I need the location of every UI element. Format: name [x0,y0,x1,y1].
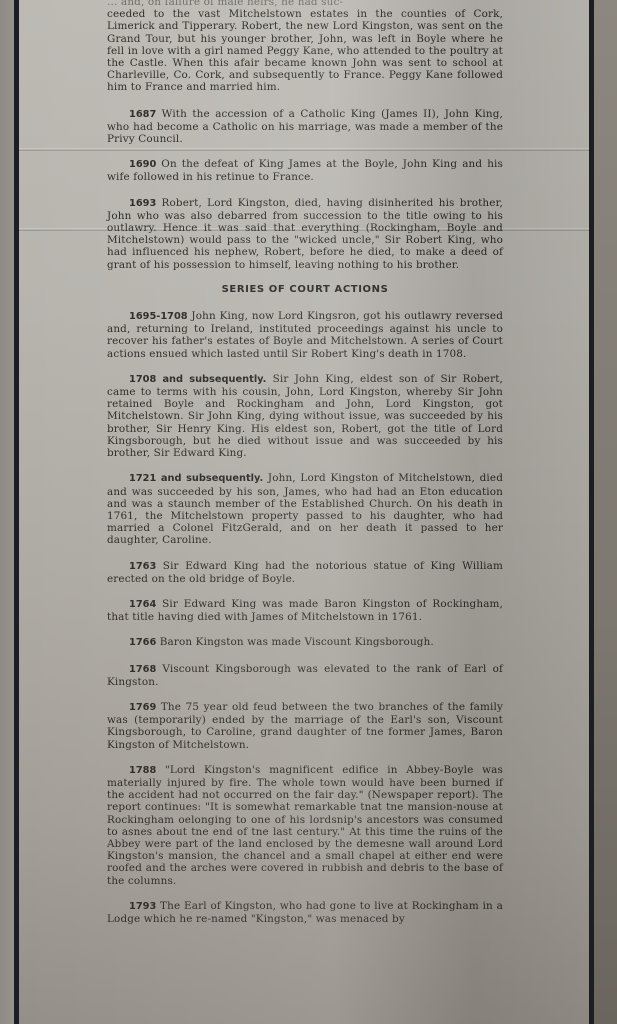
entry-text: The 75 year old feud between the two bra… [107,701,503,751]
timeline-entry: 1721 and subsequently. John, Lord Kingst… [107,472,503,546]
entry-text: Robert, Lord Kingston, died, having disi… [107,197,503,271]
entry-year: 1769 [129,702,156,713]
entry-year: 1793 [129,901,156,912]
framed-document-page: … and, on failure of male heirs, he had … [19,0,589,1024]
timeline-entry: 1764 Sir Edward King was made Baron King… [107,598,503,623]
timeline-entry: 1693 Robert, Lord Kingston, died, having… [107,197,503,271]
partial-top-line: … and, on failure of male heirs, he had … [107,0,503,8]
entry-year: 1764 [129,599,156,610]
timeline-entry: 1763 Sir Edward King had the notorious s… [107,560,503,585]
entry-year: 1687 [129,109,156,120]
entry-text: "Lord Kingston's magnificent edifice in … [107,764,503,887]
entry-year: 1763 [129,561,156,572]
timeline-entry: 1793 The Earl of Kingston, who had gone … [107,900,503,925]
entry-year: 1788 [129,765,156,776]
document-body: … and, on failure of male heirs, he had … [107,0,503,938]
intro-paragraph: ceeded to the vast Mitchelstown estates … [107,8,503,93]
timeline-entry: 1708 and subsequently. Sir John King, el… [107,373,503,459]
timeline-entry: 1690 On the defeat of King James at the … [107,158,503,183]
entry-text: The Earl of Kingston, who had gone to li… [107,900,503,925]
entries-before-heading: 1687 With the accession of a Catholic Ki… [107,108,503,271]
entry-year: 1766 [129,637,156,648]
timeline-entry: 1687 With the accession of a Catholic Ki… [107,108,503,146]
entry-year: 1695-1708 [129,311,188,322]
entry-year: 1693 [129,198,156,209]
wall-right [594,0,617,1024]
timeline-entry: 1768 Viscount Kingsborough was elevated … [107,663,503,688]
entry-text: On the defeat of King James at the Boyle… [107,158,503,183]
entry-text: Sir Edward King had the notorious statue… [107,560,503,585]
entry-year: 1708 and subsequently. [129,374,266,385]
frame-right-border [589,0,594,1024]
timeline-entry: 1788 "Lord Kingston's magnificent edific… [107,764,503,887]
entry-text: With the accession of a Catholic King (J… [107,108,503,145]
section-heading: SERIES OF COURT ACTIONS [107,284,503,296]
timeline-entry: 1695-1708 John King, now Lord Kingsron, … [107,310,503,360]
entry-year: 1690 [129,159,156,170]
entry-text: Baron Kingston was made Viscount Kingsbo… [156,636,434,648]
entry-text: Sir John King, eldest son of Sir Robert,… [107,373,503,459]
entry-year: 1768 [129,664,156,675]
entries-after-heading: 1695-1708 John King, now Lord Kingsron, … [107,310,503,925]
entry-text: Viscount Kingsborough was elevated to th… [107,663,503,688]
entry-text: Sir Edward King was made Baron Kingston … [107,598,503,623]
timeline-entry: 1766 Baron Kingston was made Viscount Ki… [107,636,503,649]
timeline-entry: 1769 The 75 year old feud between the tw… [107,701,503,751]
entry-year: 1721 and subsequently. [129,473,263,484]
